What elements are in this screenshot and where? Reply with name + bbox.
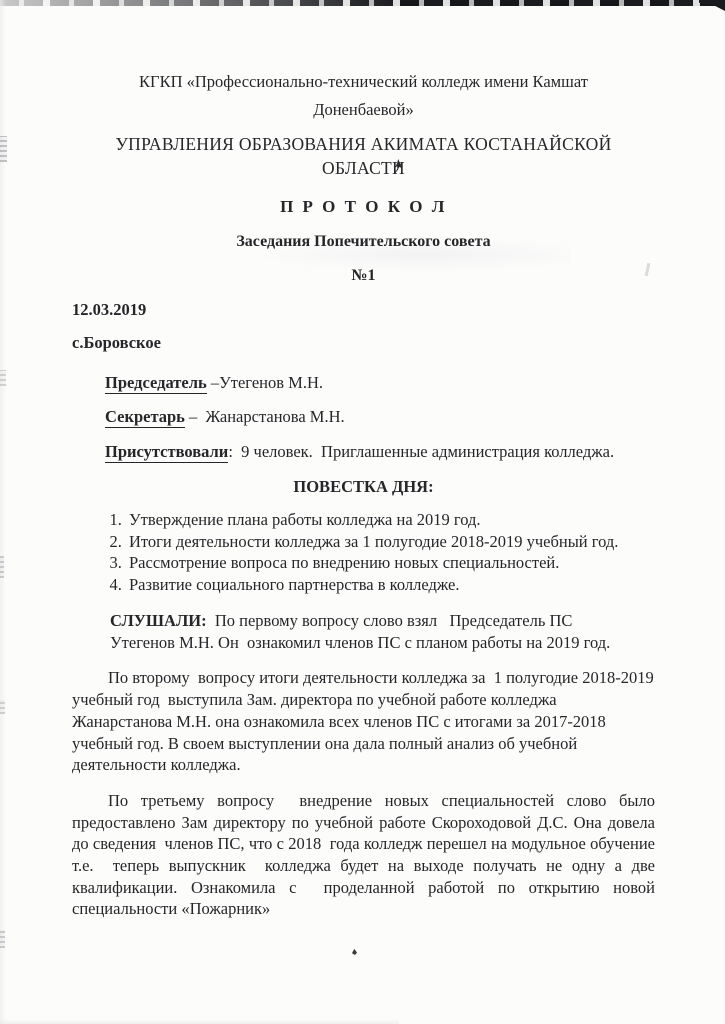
agenda-item-3: Рассмотрение вопроса по внедрению новых …	[126, 552, 655, 574]
meeting-date: 12.03.2019	[72, 299, 655, 321]
scanned-document-page: КГКП «Профессионально-технический коллед…	[0, 0, 725, 1024]
organization-name: КГКП «Профессионально-технический коллед…	[106, 68, 621, 124]
document-subtitle: Заседания Попечительского совета	[72, 231, 655, 252]
attendees-line: Присутствовали: 9 человек. Приглашенные …	[72, 441, 655, 463]
scan-speck-left-5	[0, 930, 5, 948]
meeting-place: с.Боровское	[72, 332, 655, 354]
paragraph-third-question: По третьему вопросу внедрение новых спец…	[72, 790, 655, 920]
secretary-name: – Жанарстанова М.Н.	[185, 407, 345, 426]
attendees-value: : 9 человек. Приглашенные администрация …	[228, 442, 614, 461]
agenda-item-4: Развитие социального партнерства в колле…	[126, 574, 655, 596]
scan-artifact-top-edge	[0, 0, 725, 6]
chairman-line: Председатель –Утегенов М.Н.	[105, 372, 655, 394]
attendees-label: Присутствовали	[105, 442, 228, 463]
department-name: УПРАВЛЕНИЯ ОБРАЗОВАНИЯ АКИМАТА КОСТАНАЙС…	[72, 132, 655, 180]
chairman-name: –Утегенов М.Н.	[207, 373, 323, 392]
document-content: КГКП «Профессионально-технический коллед…	[0, 68, 725, 920]
agenda-item-1: Утверждение плана работы колледжа на 201…	[126, 509, 655, 531]
agenda-item-2: Итоги деятельности колледжа за 1 полугод…	[126, 531, 655, 553]
document-title: П Р О Т О К О Л	[72, 196, 655, 217]
document-number: №1	[72, 265, 655, 286]
agenda-list: Утверждение плана работы колледжа на 201…	[105, 509, 655, 595]
secretary-label: Секретарь	[105, 407, 185, 428]
heard-label: СЛУШАЛИ:	[110, 611, 207, 630]
scan-speck-bottom	[352, 949, 357, 955]
heard-paragraph: СЛУШАЛИ: По первому вопросу слово взял П…	[110, 610, 637, 653]
chairman-label: Председатель	[105, 373, 207, 394]
paragraph-second-question: По второму вопросу итоги деятельности ко…	[72, 667, 655, 776]
agenda-heading: ПОВЕСТКА ДНЯ:	[72, 476, 655, 497]
scan-artifact-bottom-edge	[0, 1019, 399, 1024]
secretary-line: Секретарь – Жанарстанова М.Н.	[105, 406, 655, 428]
